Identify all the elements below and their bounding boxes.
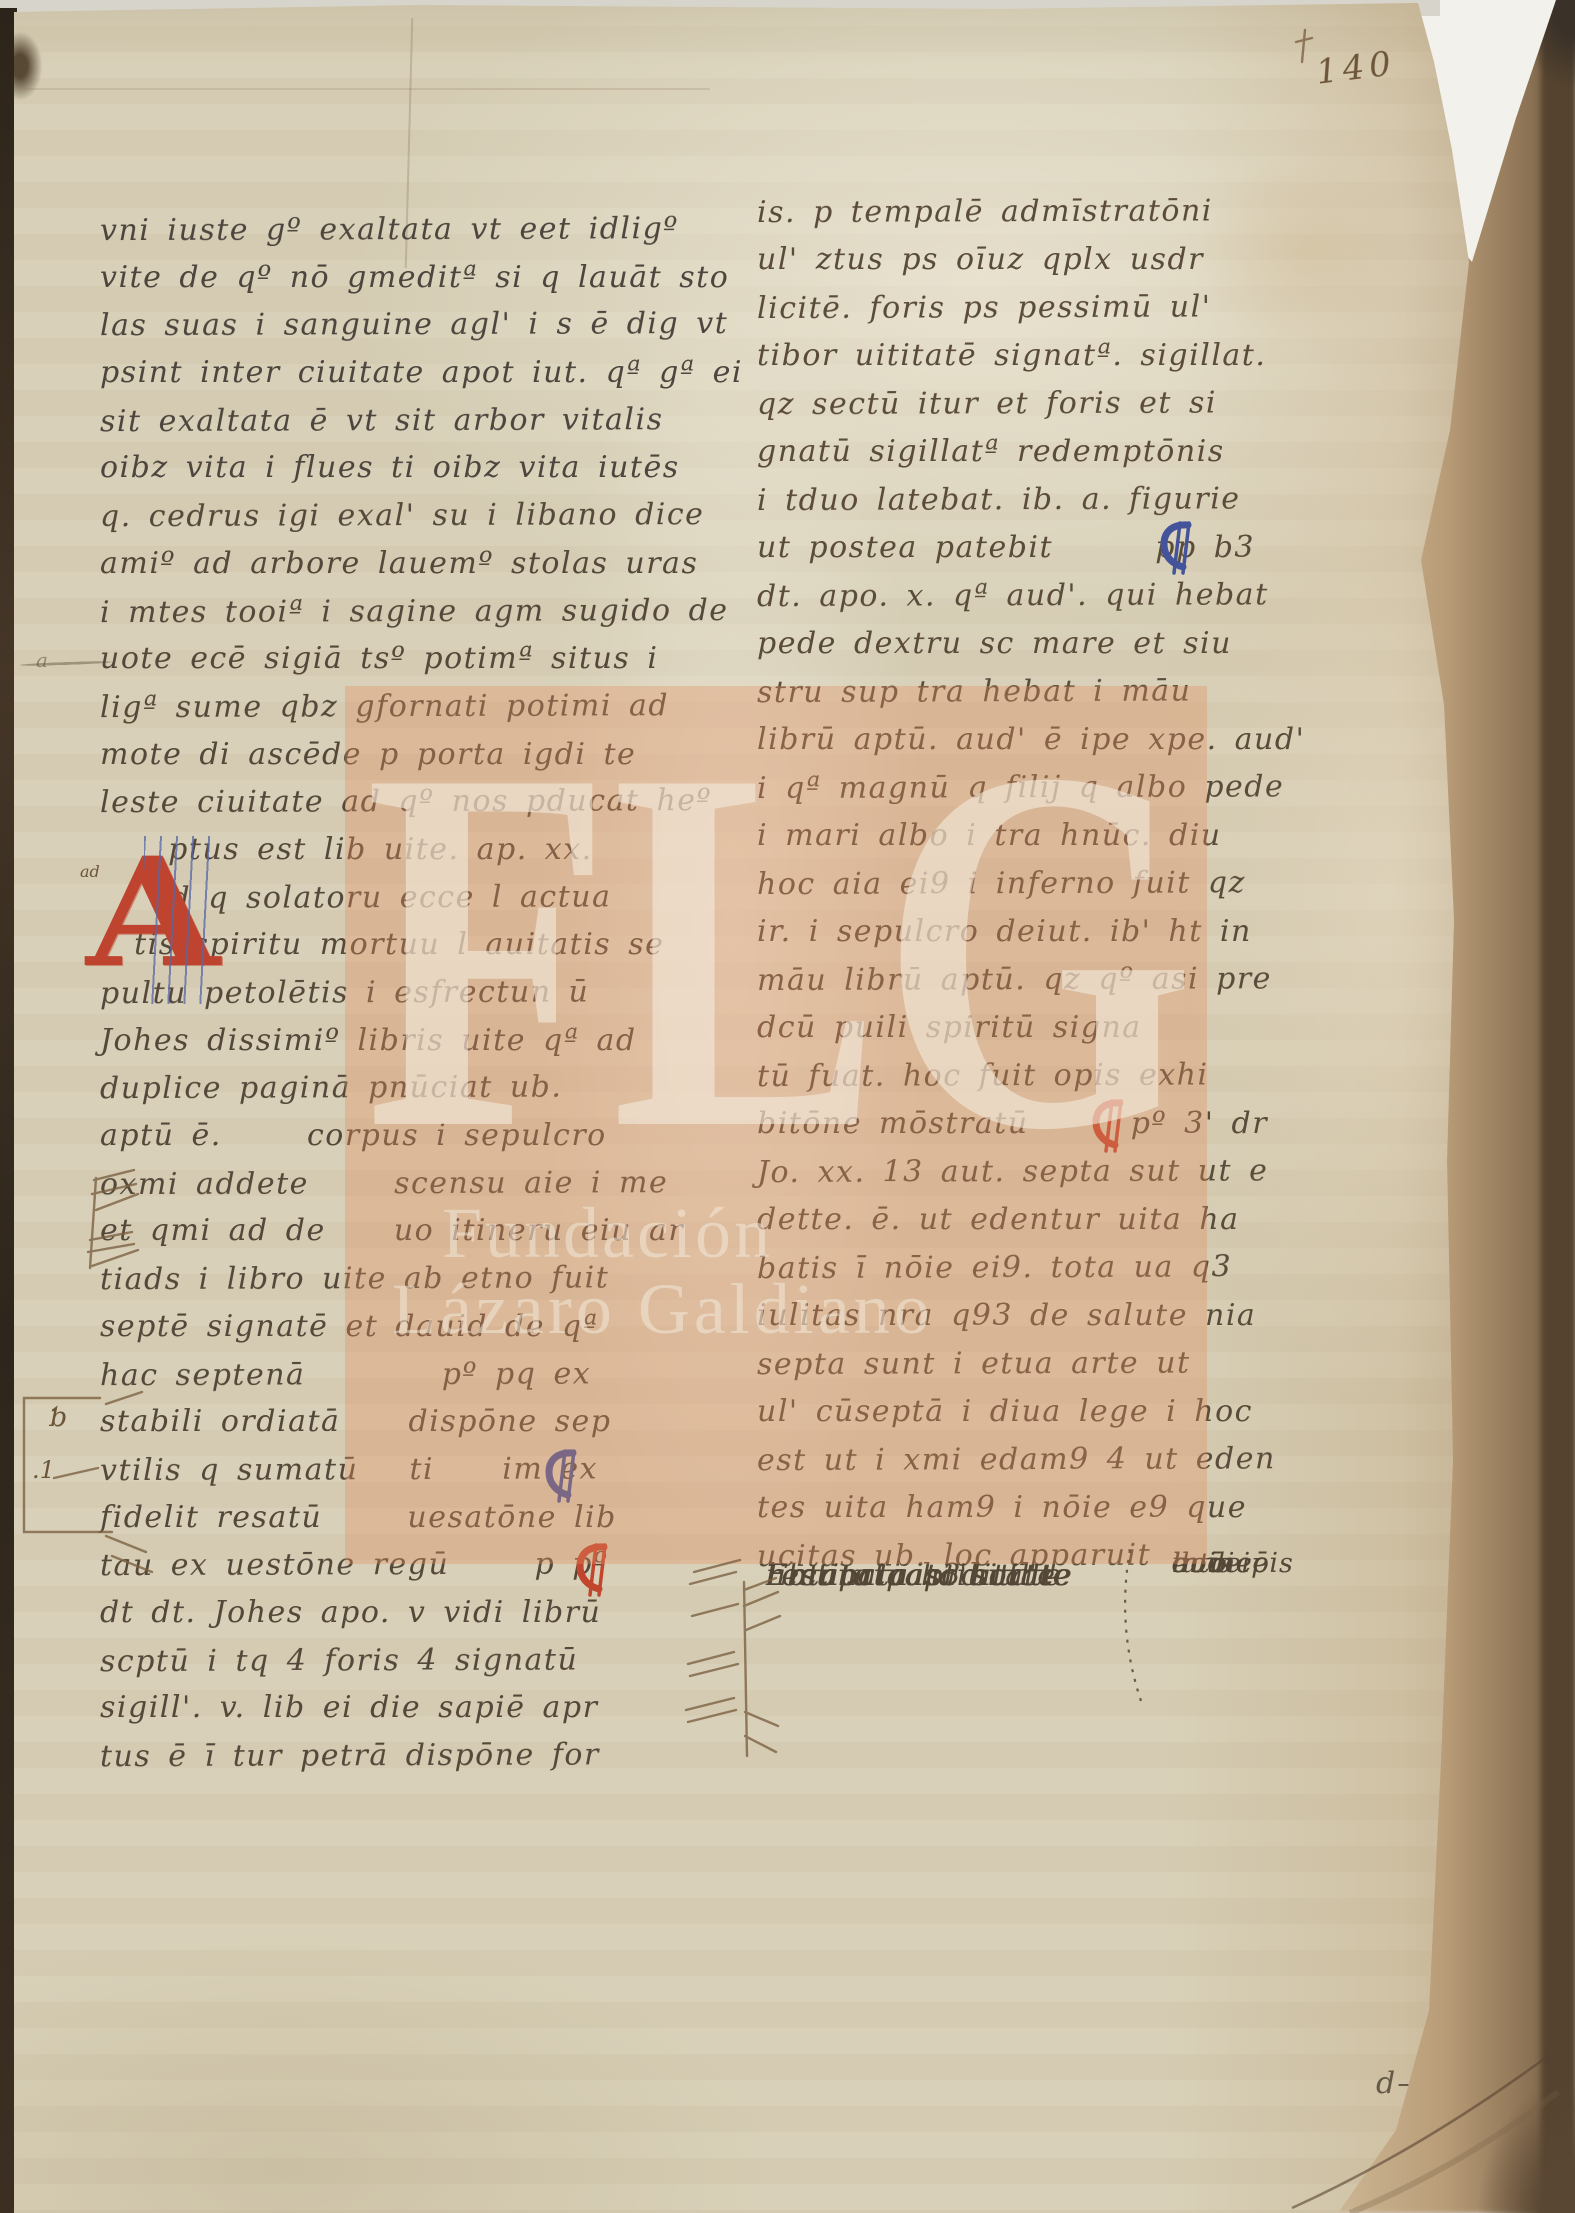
manuscript-text-line: tiads i libro uite ab etno fuit [100,1260,750,1310]
manuscript-text-line: stabili ordiatā dispōne sep [100,1404,750,1452]
manuscript-text-line: batis ī nōie ei9. tota ua q3 [757,1249,1353,1299]
margin-note-ad: ad [80,862,100,881]
manuscript-text-line: tū fuat. hoc fuit opis exhi [757,1057,1353,1107]
manuscript-text-line: stru sup tra hebat i māu [757,673,1353,723]
manuscript-text-line: ul' ztus ps oīuz qplx usdr [757,242,1353,290]
manuscript-text-line: aptū ē. corpus i sepulcro [100,1118,750,1166]
manuscript-text-line: iulitas nra q93 de salute nia [757,1298,1353,1346]
pilcrow-icon-blue [1158,520,1196,576]
background-right-shadow [1541,0,1575,2213]
manuscript-text-line: dcū puili spiritū signa [757,1010,1353,1058]
horizontal-crease [20,88,710,90]
manuscript-text-line: septē signatē et dauid de qª [100,1309,750,1357]
manuscript-text-line: pede dextru sc mare et siu [757,626,1353,674]
manuscript-text-line: tes uita ham9 i nōie e9 que [757,1490,1353,1538]
manuscript-text-line: et qmi ad de uo itineru eiu ar [100,1213,750,1261]
manuscript-text-line: amiº ad arbore lauemº stolas uras [100,546,750,594]
manuscript-text-line: ut postea patebit pp b3 [757,530,1353,578]
manuscript-text-line: hoc aia ei9 i inferno fuit qz [757,865,1353,915]
manuscript-text-line: Johes dissimiº libris uite qª ad [100,1023,750,1071]
margin-box-letter-bottom: .1 [32,1456,55,1484]
manuscript-text-line: tau ex uestōne regū p pº [100,1546,750,1596]
manuscript-text-line: i mtes tooiª i sagine agm sugido de [100,592,750,642]
faint-pencil-dash [20,660,112,666]
manuscript-photo: a 140 vni iuste gº exaltata vt eet idlig… [0,0,1575,2213]
manuscript-text-line: bitōne mōstratū pº 3' dr [757,1106,1353,1154]
manuscript-text-line: dt dt. Johes apo. v vidi librū [100,1595,750,1643]
manuscript-text-line: gnatū sigillatª redemptōnis [757,434,1353,482]
manuscript-text-line: oibz vita i flues ti oibz vita iutēs [100,450,750,498]
pilcrow-icon-red [574,1542,612,1598]
manuscript-text-line: fidelit resatū uesatōne lib [100,1500,750,1548]
manuscript-text-line: Jo. xx. 13 aut. septa sut ut e [757,1153,1353,1203]
bottom-right-dark-corner [1455,1993,1575,2213]
manuscript-text-line: q. cedrus igi exal' su i libano dice [100,497,750,547]
manuscript-text-line: i qª magnū q filij q albo pede [757,769,1353,819]
faint-pencil-letter: a [36,648,48,672]
manuscript-text-line: euis ipis [1172,1548,1294,1590]
manuscript-text-line: hac septenā pº pq ex [100,1355,750,1405]
manuscript-text-line: las suas i sanguine agl' i s ē dig vt [100,306,750,356]
manuscript-text-line: tibor uititatē signatª. sigillat. [757,338,1353,386]
manuscript-text-line: est ut i xmi edam9 4 ut eden [757,1441,1353,1491]
manuscript-text-line: tus ē ī tur petrā dispōne for [100,1737,750,1787]
manuscript-text-line: ligª sume qbz gfornati potimi ad [100,688,750,738]
manuscript-text-line: sit exaltata ē vt sit arbor vitalis [100,402,750,452]
manuscript-text-line: librū aptū. aud' ē ipe xpe. aud' [757,722,1353,770]
manuscript-text-line: māu librū aptū. qz qº asi pre [757,961,1353,1011]
manuscript-text-line: recupata sc'hotate [766,1558,1071,1604]
manuscript-text-line: vtilis q sumatū ti im ex [100,1451,750,1501]
pilcrow-icon-red [1090,1098,1128,1154]
right-text-column: is. p tempalē admīstratōniul' ztus ps oī… [757,194,1353,1586]
manuscript-text-line: dette. ē. ut edentur uita ha [757,1202,1353,1250]
manuscript-text-line: ir. i sepulcro deiut. ib' ht in [757,914,1353,962]
manuscript-text-line: ul' cūseptā i diua lege i hoc [757,1394,1353,1442]
manuscript-text-line: licitē. foris ps pessimū ul' [757,289,1353,339]
folio-number: 140 [1314,43,1398,92]
manuscript-text-line: is. p tempalē admīstratōni [757,193,1353,243]
manuscript-text-line: qz sectū itur et foris et si [757,385,1353,435]
manuscript-text-line: scptū i tq 4 foris 4 signatū [100,1641,750,1691]
blue-penwork-icon [144,836,214,1004]
parchment-page: a 140 vni iuste gº exaltata vt eet idlig… [0,0,1575,2213]
manuscript-text-line: oxmi addete scensu aie i me [100,1165,750,1215]
decorated-initial-A: A [86,838,266,1008]
manuscript-text-line: vite de qº nō gmeditª si q lauāt sto [100,260,750,308]
manuscript-text-line: dt. apo. x. qª aud'. qui hebat [757,577,1353,627]
manuscript-text-line: septa sunt i etua arte ut [757,1345,1353,1395]
manuscript-text-line: i tduo latebat. ib. a. figurie [757,481,1353,531]
manuscript-text-line: duplice paginā pnūciat ub. [100,1069,750,1119]
manuscript-text-line: vni iuste gº exaltata vt eet idligº [100,211,750,261]
manuscript-text-line: mote di ascēde p porta igdi te [100,737,750,785]
manuscript-text-line: sigill'. v. lib ei die sapiē apr [100,1690,750,1738]
pilcrow-icon-blue [543,1448,581,1504]
manuscript-text-line: uote ecē sigiā tsº potimª situs i [100,641,750,689]
manuscript-text-line: psint inter ciuitate apot iut. qª gª ei [100,355,750,403]
margin-box-letter-top: ƅ [50,1402,67,1433]
manuscript-text-line: i mari albo i tra hnūc. diu [757,818,1353,866]
